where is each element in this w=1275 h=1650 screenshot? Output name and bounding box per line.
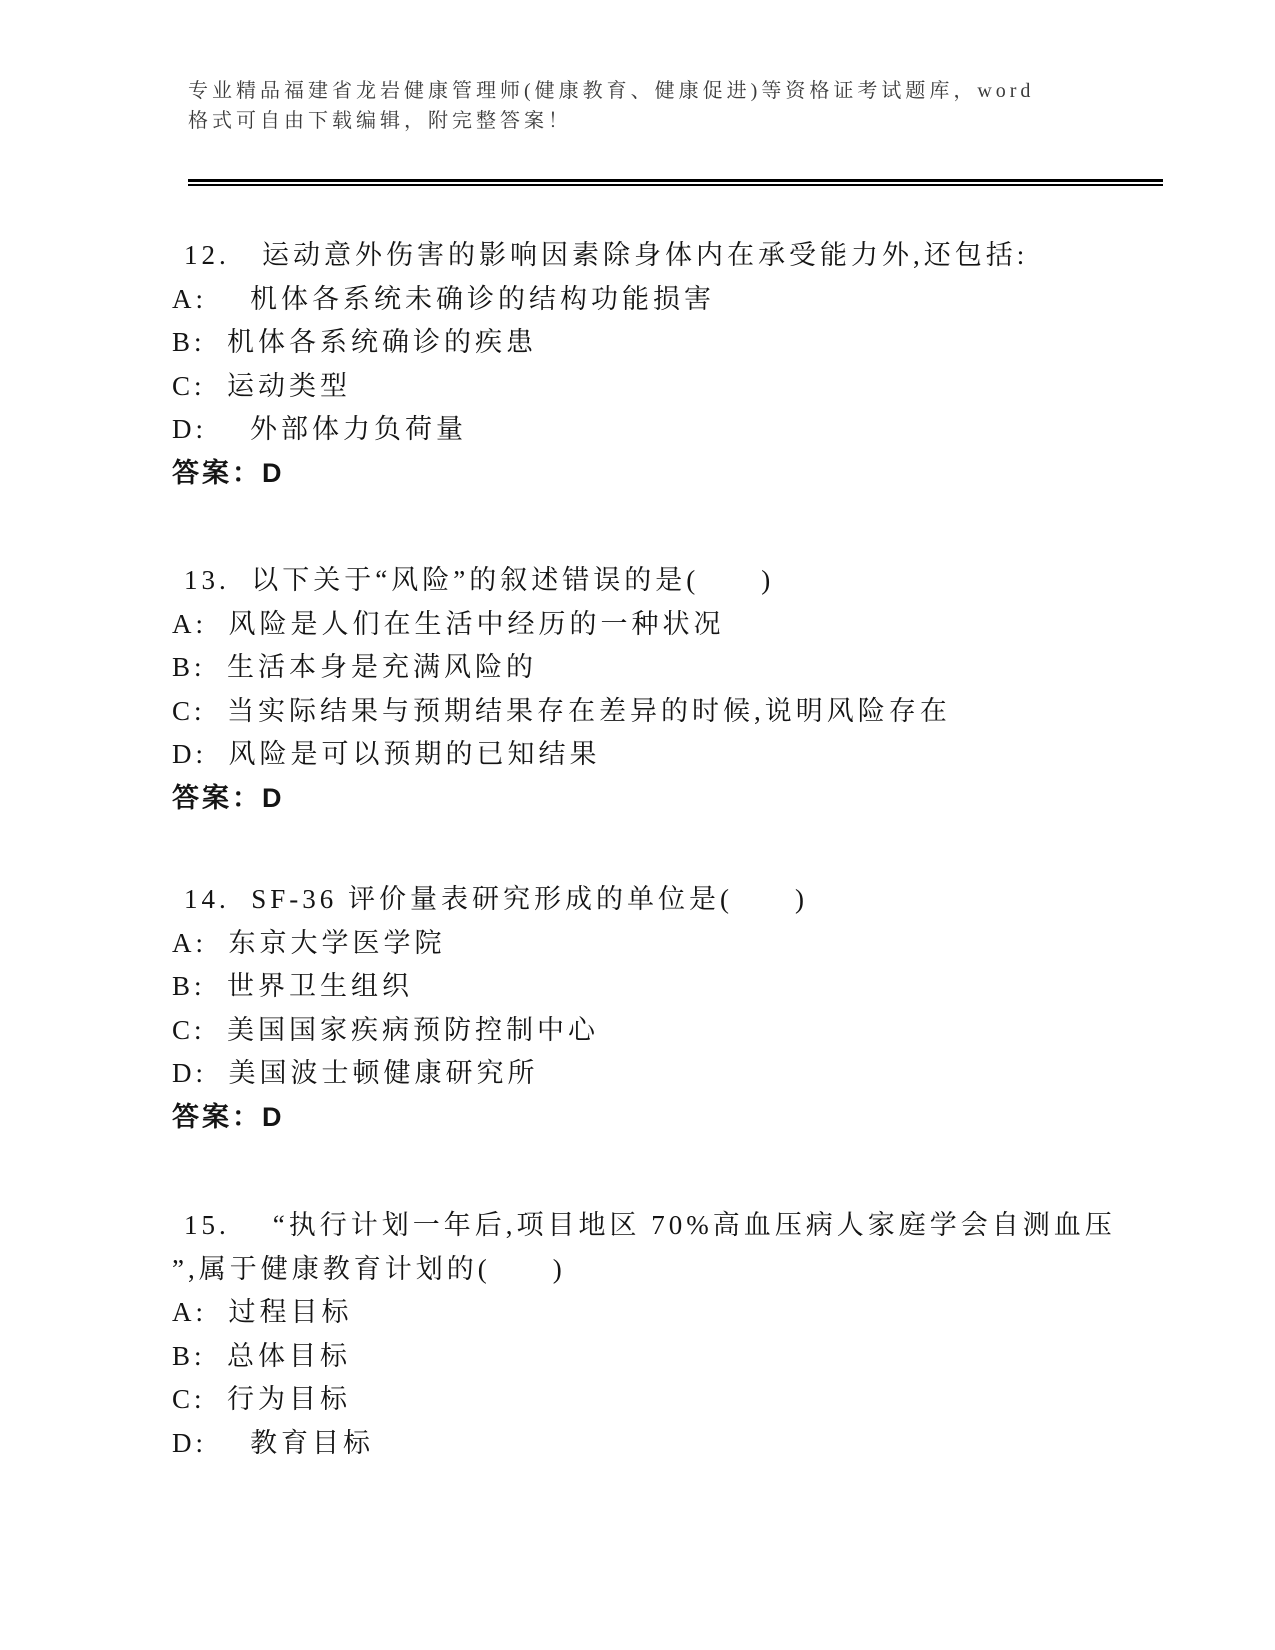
question-15-title-line-2: ”,属于健康教育计划的( ) (172, 1248, 1132, 1292)
question-12-option-d: D: 外部体力负荷量 (172, 408, 1132, 452)
question-12: 12. 运动意外伤害的影响因素除身体内在承受能力外,还包括: A: 机体各系统未… (172, 234, 1132, 495)
question-14-option-a: A: 东京大学医学院 (172, 922, 1132, 966)
header-line-1: 专业精品福建省龙岩健康管理师(健康教育、健康促进)等资格证考试题库，word (188, 76, 1108, 106)
question-14-option-d: D: 美国波士顿健康研究所 (172, 1052, 1132, 1096)
question-12-answer: 答案：D (172, 452, 1132, 496)
question-13: 13. 以下关于“风险”的叙述错误的是( ) A: 风险是人们在生活中经历的一种… (172, 559, 1132, 820)
header-line-2: 格式可自由下载编辑，附完整答案！ (188, 106, 1108, 136)
question-14-answer: 答案：D (172, 1096, 1132, 1140)
question-13-answer: 答案：D (172, 777, 1132, 821)
document-page: 专业精品福建省龙岩健康管理师(健康教育、健康促进)等资格证考试题库，word 格… (0, 0, 1275, 1650)
question-15-title-line-1: 15. “执行计划一年后,项目地区 70%高血压病人家庭学会自测血压 (172, 1204, 1132, 1248)
question-13-option-a: A: 风险是人们在生活中经历的一种状况 (172, 603, 1132, 647)
question-15: 15. “执行计划一年后,项目地区 70%高血压病人家庭学会自测血压 ”,属于健… (172, 1204, 1132, 1465)
question-13-option-c: C: 当实际结果与预期结果存在差异的时候,说明风险存在 (172, 690, 1132, 734)
question-13-title: 13. 以下关于“风险”的叙述错误的是( ) (172, 559, 1132, 603)
question-12-option-b: B: 机体各系统确诊的疾患 (172, 321, 1132, 365)
question-14-title: 14. SF-36 评价量表研究形成的单位是( ) (172, 878, 1132, 922)
question-12-option-a: A: 机体各系统未确诊的结构功能损害 (172, 278, 1132, 322)
question-13-option-d: D: 风险是可以预期的已知结果 (172, 733, 1132, 777)
header-divider-double-line (188, 179, 1163, 186)
question-14: 14. SF-36 评价量表研究形成的单位是( ) A: 东京大学医学院 B: … (172, 878, 1132, 1139)
question-15-option-c: C: 行为目标 (172, 1378, 1132, 1422)
question-14-option-c: C: 美国国家疾病预防控制中心 (172, 1009, 1132, 1053)
question-12-title: 12. 运动意外伤害的影响因素除身体内在承受能力外,还包括: (172, 234, 1132, 278)
page-header: 专业精品福建省龙岩健康管理师(健康教育、健康促进)等资格证考试题库，word 格… (188, 76, 1108, 136)
question-13-option-b: B: 生活本身是充满风险的 (172, 646, 1132, 690)
question-15-option-a: A: 过程目标 (172, 1291, 1132, 1335)
question-15-option-b: B: 总体目标 (172, 1335, 1132, 1379)
question-15-option-d: D: 教育目标 (172, 1422, 1132, 1466)
question-12-option-c: C: 运动类型 (172, 365, 1132, 409)
question-14-option-b: B: 世界卫生组织 (172, 965, 1132, 1009)
